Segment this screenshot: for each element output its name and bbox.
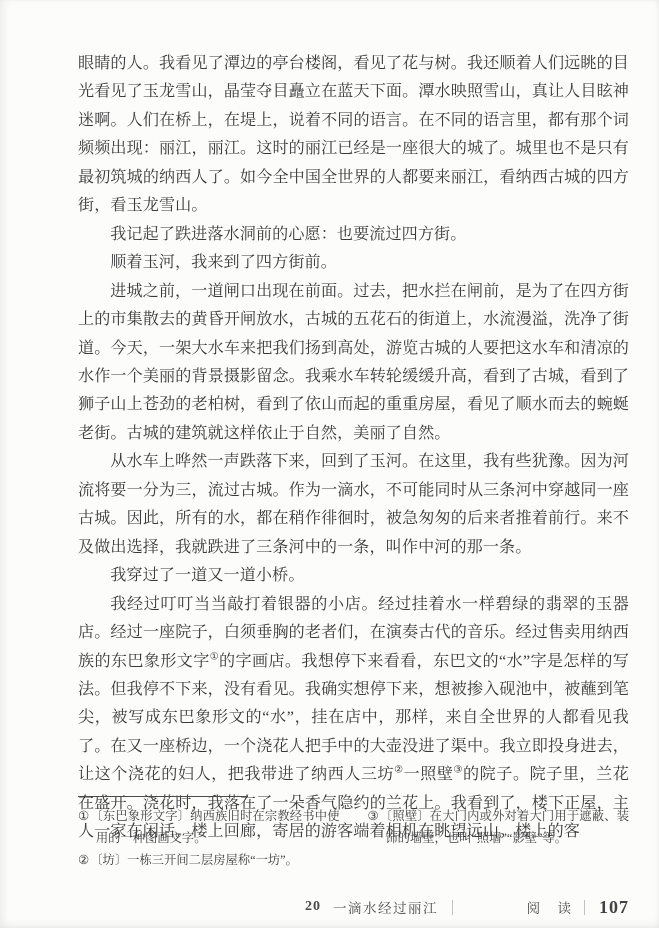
lesson-title: 一滴水经过丽江	[333, 897, 438, 917]
section-label: 阅 读	[527, 897, 578, 917]
footnote-divider	[78, 796, 248, 797]
footnote-text: 〔坊〕一栋三开间二层房屋称“一坊”。	[90, 853, 298, 867]
footnote-item: ③〔照壁〕在大门内或外对着大门用于遮蔽、装饰的墙壁，也叫“照墙”“影壁”等。	[368, 806, 630, 849]
body-paragraph: 我记起了跌进落水洞前的心愿：也要流过四方街。	[78, 221, 629, 249]
footnote-marker: ②	[78, 853, 89, 867]
page-footer: 20 一滴水经过丽江 阅 读 107	[0, 894, 659, 920]
lesson-body: 眼睛的人。我看见了潭边的亭台楼阁，看见了花与树。我还顺着人们远眺的目光看见了玉龙…	[78, 50, 629, 847]
book-page: 眼睛的人。我看见了潭边的亭台楼阁，看见了花与树。我还顺着人们远眺的目光看见了玉龙…	[0, 0, 659, 928]
footer-divider	[452, 900, 453, 915]
body-paragraph: 顺着玉河，我来到了四方街前。	[78, 249, 629, 277]
page-number: 107	[599, 897, 629, 918]
footnote-item: ②〔坊〕一栋三开间二层房屋称“一坊”。	[78, 850, 340, 872]
footer-divider	[584, 900, 585, 915]
footnote-column-left: ①〔东巴象形文字〕纳西族旧时在宗教经书中使用的一种图画文字。 ②〔坊〕一栋三开间…	[78, 806, 340, 873]
body-paragraph: 我穿过了一道又一道小桥。	[78, 562, 629, 590]
body-paragraph: 从水车上哗然一声跌落下来，回到了玉河。在这里，我有些犹豫。因为河流将要一分为三，…	[78, 448, 629, 562]
body-paragraph: 进城之前，一道闸口出现在前面。过去，把水拦在闸前，是为了在四方街上的市集散去的黄…	[78, 278, 629, 449]
footnote-column-right: ③〔照壁〕在大门内或外对着大门用于遮蔽、装饰的墙壁，也叫“照墙”“影壁”等。	[368, 806, 630, 873]
footnote-item: ①〔东巴象形文字〕纳西族旧时在宗教经书中使用的一种图画文字。	[78, 806, 340, 849]
footnote-marker: ③	[368, 809, 379, 823]
body-paragraph: 眼睛的人。我看见了潭边的亭台楼阁，看见了花与树。我还顺着人们远眺的目光看见了玉龙…	[78, 50, 629, 221]
footnote-text: 〔照壁〕在大门内或外对着大门用于遮蔽、装饰的墙壁，也叫“照墙”“影壁”等。	[380, 809, 629, 845]
footnote-text: 〔东巴象形文字〕纳西族旧时在宗教经书中使用的一种图画文字。	[90, 809, 339, 845]
footnotes-section: ①〔东巴象形文字〕纳西族旧时在宗教经书中使用的一种图画文字。 ②〔坊〕一栋三开间…	[78, 796, 629, 873]
lesson-number: 20	[305, 899, 321, 915]
footnote-columns: ①〔东巴象形文字〕纳西族旧时在宗教经书中使用的一种图画文字。 ②〔坊〕一栋三开间…	[78, 806, 629, 873]
footnote-marker: ①	[78, 809, 89, 823]
